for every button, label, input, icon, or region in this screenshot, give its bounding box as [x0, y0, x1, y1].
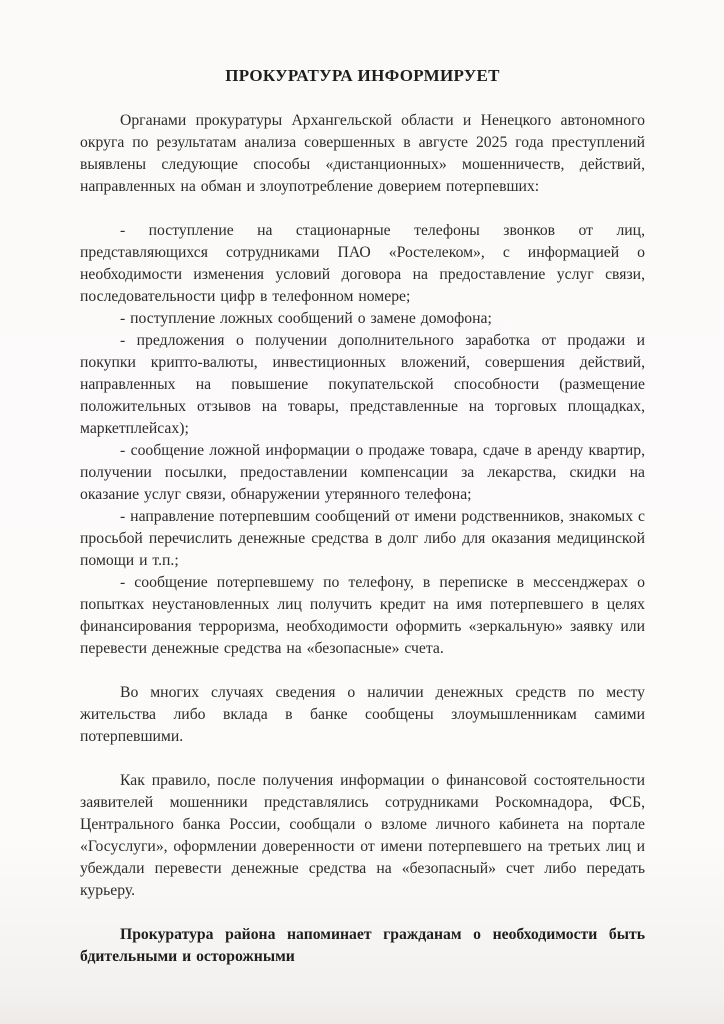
closing-paragraph: Прокуратура района напоминает гражданам … — [80, 924, 645, 968]
bullet-item-2: - поступление ложных сообщений о замене … — [80, 308, 645, 330]
bullet-item-6: - сообщение потерпевшему по телефону, в … — [80, 572, 645, 660]
document-page: ПРОКУРАТУРА ИНФОРМИРУЕТ Органами прокура… — [0, 0, 724, 1024]
intro-paragraph: Органами прокуратуры Архангельской облас… — [80, 110, 645, 198]
bullet-item-5: - направление потерпевшим сообщений от и… — [80, 506, 645, 572]
bullet-item-1: - поступление на стационарные телефоны з… — [80, 220, 645, 308]
body-paragraph-2: Как правило, после получения информации … — [80, 770, 645, 902]
document-title: ПРОКУРАТУРА ИНФОРМИРУЕТ — [80, 66, 645, 86]
body-paragraph-1: Во многих случаях сведения о наличии ден… — [80, 682, 645, 748]
bullet-item-3: - предложения о получении дополнительног… — [80, 330, 645, 440]
bullet-item-4: - сообщение ложной информации о продаже … — [80, 440, 645, 506]
